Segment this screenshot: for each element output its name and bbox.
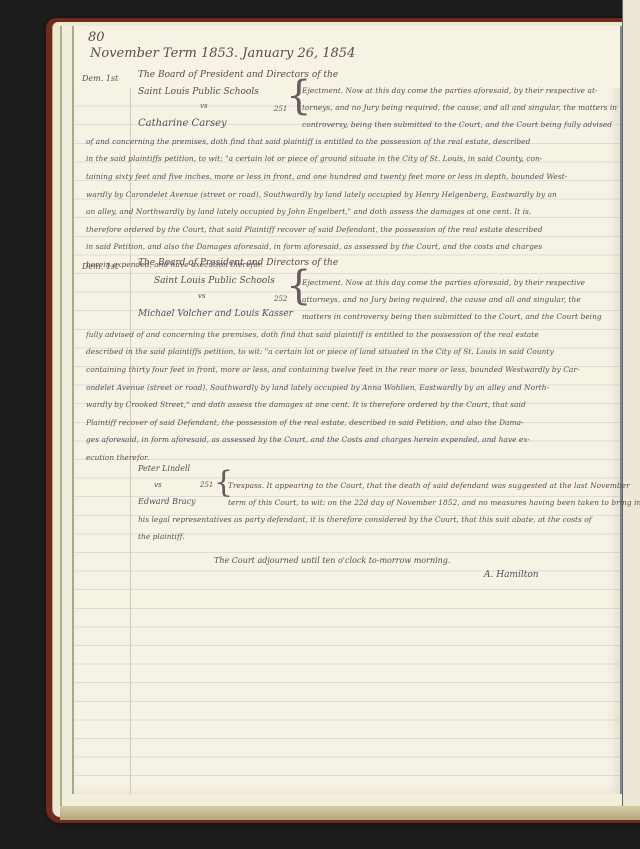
page-block-edge [60,806,640,820]
defendant-name: Catharine Carsey [138,118,227,129]
versus-label: vs [154,481,162,489]
entry-marker: Dem. 1st [82,74,118,83]
entry-text-line: ges aforesaid, in form aforesaid, as ass… [86,435,530,444]
plaintiff-name: Saint Louis Public Schools [154,276,275,286]
facing-page-edge [622,0,640,820]
entry-text-line: Trespass. It appearing to the Court, tha… [228,481,630,490]
entry-text-line: ondelet Avenue (street or road), Southwa… [86,383,549,392]
entry-text-line: Ejectment. Now at this day come the part… [302,278,585,287]
entry-text-line: containing thirty four feet in front, mo… [86,365,580,374]
page-number: 80 [88,30,105,45]
judge-signature: A. Hamilton [484,570,539,580]
ledger-page: 80 November Term 1853. January 26, 1854 … [72,26,622,794]
versus-label: vs [198,292,206,300]
defendant-name: Edward Bracy [138,497,196,506]
entry-text-line: wardly by Carondelet Avenue (street or r… [86,190,557,199]
entry-text-line: ecution therefor. [86,453,149,462]
adjournment-note: The Court adjourned until ten o'clock to… [214,556,450,565]
entry-text-line: described in the said plaintiffs petitio… [86,347,554,356]
entry-text-line: the plaintiff. [138,532,185,541]
entry-text-line: in the said plaintiffs petition, to wit:… [86,154,542,163]
entry-text-line: an alley, and Northwardly by land lately… [86,207,531,216]
gutter-rule [620,26,622,794]
entry-text-line: in said Petition, and also the Damages a… [86,242,542,251]
entry-text-line: attorneys, and no Jury being required, t… [302,295,581,304]
entry-text-line: term of this Court, to wit: on the 22d d… [228,498,640,507]
entry-text-line: his legal representatives as party defen… [138,515,592,524]
entry-text-line: of and concerning the premises, doth fin… [86,137,530,146]
entry-text-line: torneys, and no Jury being required, the… [302,103,617,112]
term-heading: November Term 1853. January 26, 1854 [90,46,355,61]
entry-text-line: Plaintiff recover of said Defendant, the… [86,418,524,427]
entry-text-line: taining sixty feet and five inches, more… [86,172,567,181]
versus-label: vs [200,102,208,110]
entry-text-line: wardly by Crooked Street," and doth asse… [86,400,526,409]
case-number: 251 [200,481,213,489]
defendant-name: Michael Volcher and Louis Kasser [138,309,293,319]
entry-text-line: fully advised of and concerning the prem… [86,330,539,339]
entry-text-line: matters in controversy being then submit… [302,312,602,321]
entry-marker: Dem. 1st [82,262,118,271]
plaintiff-name: Peter Lindell [138,464,190,473]
entry-text-line: controversy, being then submitted to the… [302,120,612,129]
plaintiff-name: Saint Louis Public Schools [138,87,259,97]
entry-text-line: Ejectment. Now at this day come the part… [302,86,598,95]
entry-text-line: therefore ordered by the Court, that sai… [86,225,542,234]
